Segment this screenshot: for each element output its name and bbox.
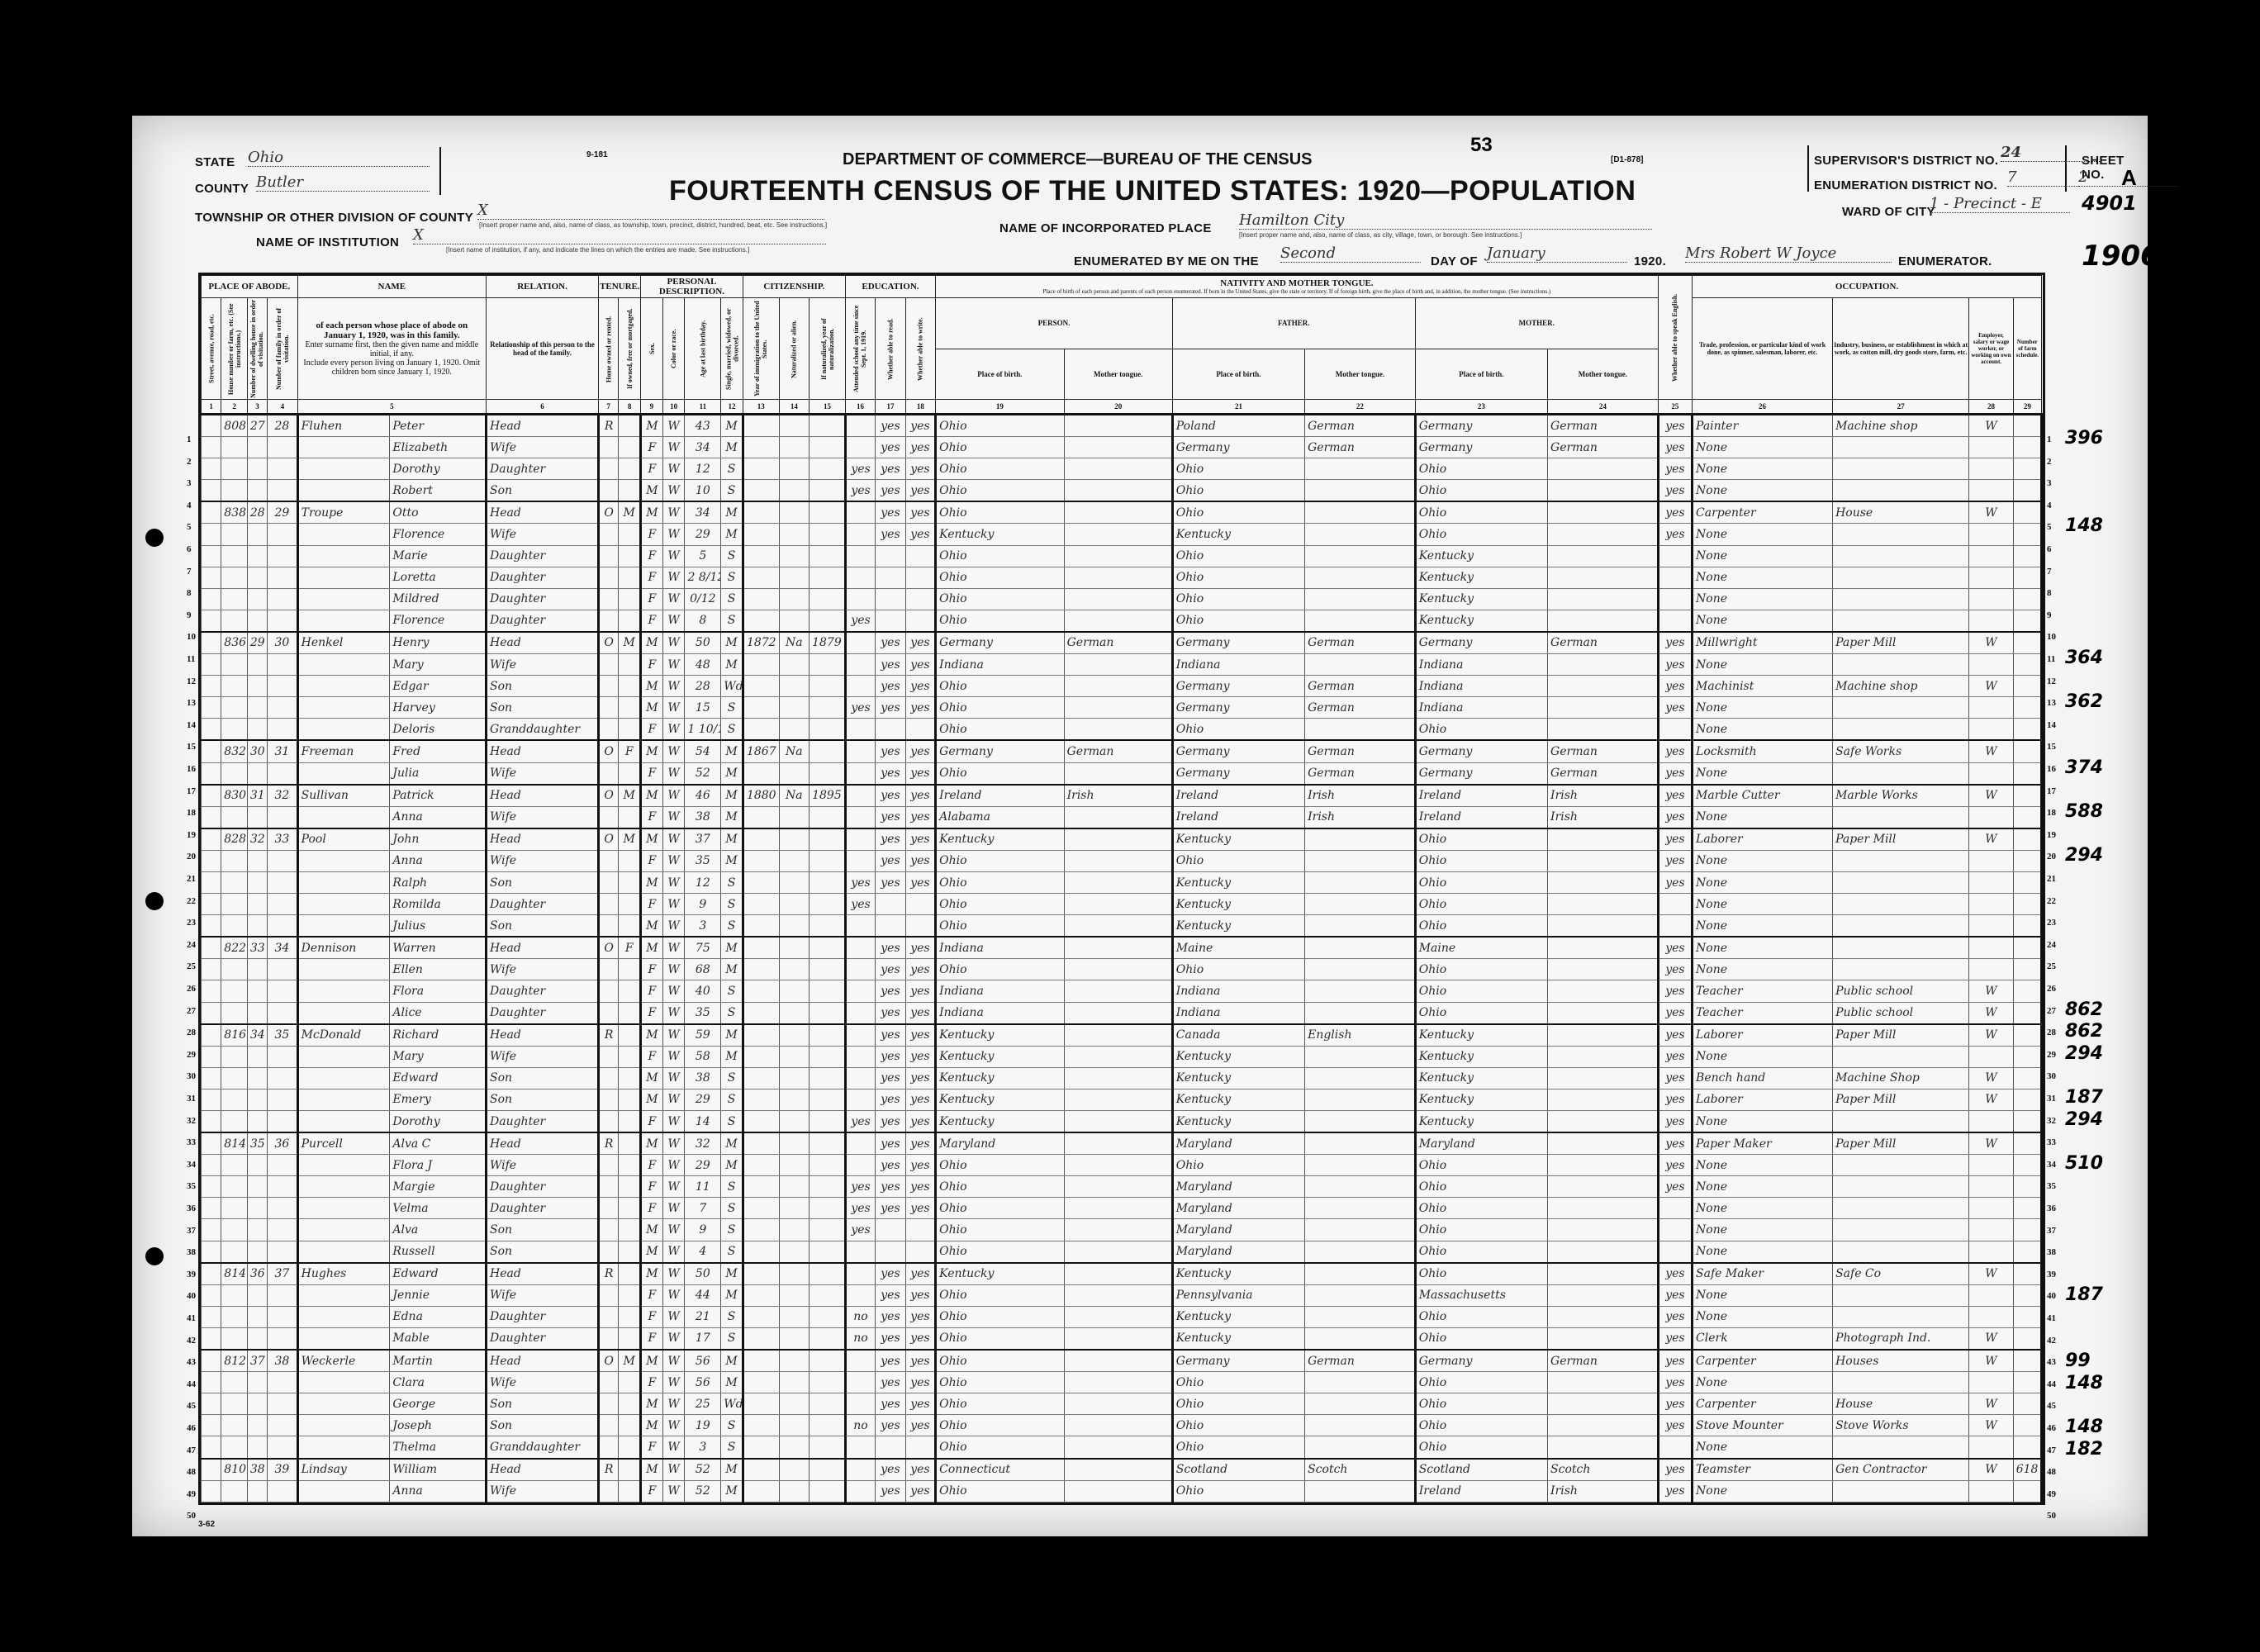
cell-relation: Wife xyxy=(487,654,599,676)
cell-relation: Head xyxy=(487,1132,599,1155)
line-number: 37 xyxy=(2047,1226,2056,1236)
cell-read: yes xyxy=(876,850,905,871)
cell-surname xyxy=(297,1415,390,1436)
cell-relation: Daughter xyxy=(487,894,599,915)
cell-owned xyxy=(599,1219,619,1241)
cell-family xyxy=(268,437,297,458)
cell-surname xyxy=(297,1306,390,1327)
cell-read: yes xyxy=(876,1393,905,1415)
table-row: HarveySonMW15SyesyesyesOhioGermanyGerman… xyxy=(202,697,2042,719)
cell-sex: F xyxy=(641,1002,663,1024)
cell-write: yes xyxy=(905,480,935,502)
col-number-1: 1 xyxy=(202,400,221,415)
cell-street xyxy=(202,937,221,959)
line-number: 25 xyxy=(2047,961,2056,971)
cell-farm xyxy=(2013,871,2041,893)
table-row: EdnaDaughterFW21SnoyesyesOhioKentuckyOhi… xyxy=(202,1306,2042,1327)
cell-tongue xyxy=(1064,501,1172,524)
table-row: 8362930HenkelHenryHeadOMMW50M1872Na1879y… xyxy=(202,632,2042,654)
cell-m-pob: Ohio xyxy=(1415,871,1547,893)
cell-race: W xyxy=(662,567,685,588)
cell-race: W xyxy=(662,1436,685,1459)
line-number: 39 xyxy=(2047,1270,2056,1279)
cell-pob: Ohio xyxy=(936,1415,1064,1436)
cell-race: W xyxy=(662,480,685,502)
cell-immig xyxy=(743,437,779,458)
cell-sex: F xyxy=(641,567,663,588)
cell-given: Flora xyxy=(390,980,487,1002)
cell-farm xyxy=(2013,1393,2041,1415)
cell-natyr xyxy=(810,458,846,480)
cell-age: 43 xyxy=(685,415,721,437)
cell-dwelling xyxy=(247,806,267,828)
cell-emp: W xyxy=(1969,1002,2013,1024)
cell-street xyxy=(202,1002,221,1024)
cell-pob: Ohio xyxy=(936,1155,1064,1176)
cell-mortgage xyxy=(619,806,641,828)
cell-marital: S xyxy=(721,1176,743,1198)
cell-school xyxy=(845,1155,875,1176)
cell-surname xyxy=(297,1198,390,1219)
cell-given: Clara xyxy=(390,1372,487,1393)
cell-family: 36 xyxy=(268,1132,297,1155)
cell-marital: M xyxy=(721,654,743,676)
cell-read: yes xyxy=(876,1350,905,1372)
cell-school: yes xyxy=(845,1111,875,1133)
cell-school xyxy=(845,1436,875,1459)
county-value: Butler xyxy=(256,173,430,192)
cell-tongue xyxy=(1064,1198,1172,1219)
line-number-left: 14 xyxy=(187,720,196,730)
cell-read: yes xyxy=(876,1480,905,1502)
cell-marital: M xyxy=(721,1372,743,1393)
cell-sex: F xyxy=(641,894,663,915)
cell-age: 58 xyxy=(685,1046,721,1067)
cell-industry xyxy=(1833,806,1969,828)
cell-age: 35 xyxy=(685,1002,721,1024)
punch-hole xyxy=(145,1247,164,1265)
cell-street xyxy=(202,1132,221,1155)
cell-sex: F xyxy=(641,806,663,828)
cell-house xyxy=(221,959,248,980)
cell-write: yes xyxy=(905,1198,935,1219)
cell-m-pob: Ireland xyxy=(1415,806,1547,828)
cell-owned xyxy=(599,915,619,938)
cell-natyr xyxy=(810,1263,846,1285)
cell-house xyxy=(221,1176,248,1198)
cell-m-tongue xyxy=(1548,1284,1659,1306)
cell-f-pob: Germany xyxy=(1172,697,1304,719)
cell-street xyxy=(202,1436,221,1459)
cell-family: 38 xyxy=(268,1350,297,1372)
line-number: 12 xyxy=(2047,676,2056,686)
cell-sex: F xyxy=(641,719,663,741)
cell-read xyxy=(876,1436,905,1459)
line-number: 41 xyxy=(2047,1313,2056,1323)
enumerator-label: Enumerator. xyxy=(1898,254,1992,268)
cell-emp xyxy=(1969,545,2013,567)
name-desc-3: Include every person living on January 1… xyxy=(299,358,485,377)
cell-owned xyxy=(599,610,619,632)
cell-english xyxy=(1658,1241,1692,1263)
cell-f-tongue xyxy=(1305,894,1416,915)
incorporated-place-note: [Insert proper name and, also, name of c… xyxy=(1239,231,1522,239)
cell-immig xyxy=(743,415,779,437)
line-number: 38 xyxy=(2047,1247,2056,1257)
cell-pob: Ohio xyxy=(936,762,1064,785)
cell-english: yes xyxy=(1658,1067,1692,1089)
cell-family xyxy=(268,1176,297,1198)
cell-immig xyxy=(743,1415,779,1436)
cell-family xyxy=(268,1046,297,1067)
cell-m-tongue xyxy=(1548,1132,1659,1155)
cell-trade: Laborer xyxy=(1693,1089,1833,1110)
cell-emp xyxy=(1969,588,2013,610)
line-number: 5 xyxy=(2047,522,2052,532)
cell-emp xyxy=(1969,1436,2013,1459)
cell-f-pob: Kentucky xyxy=(1172,894,1304,915)
cell-m-pob: Kentucky xyxy=(1415,545,1547,567)
cell-relation: Head xyxy=(487,1350,599,1372)
cell-m-pob: Scotland xyxy=(1415,1459,1547,1481)
table-row: 8082728FluhenPeterHeadRMW43MyesyesOhioPo… xyxy=(202,415,2042,437)
line-number: 48 xyxy=(2047,1467,2056,1477)
cell-school xyxy=(845,545,875,567)
cell-industry: Marble Works xyxy=(1833,785,1969,807)
cell-relation: Wife xyxy=(487,1480,599,1502)
line-number: 40 xyxy=(2047,1291,2056,1301)
cell-tongue xyxy=(1064,719,1172,741)
cell-f-tongue xyxy=(1305,850,1416,871)
cell-f-pob: Maryland xyxy=(1172,1176,1304,1198)
cell-owned xyxy=(599,1067,619,1089)
line-number: 10 xyxy=(2047,632,2056,642)
line-number-left: 17 xyxy=(187,786,196,796)
line-number-left: 1 xyxy=(187,434,192,444)
cell-house xyxy=(221,1372,248,1393)
cell-marital: S xyxy=(721,1415,743,1436)
cell-read: yes xyxy=(876,1459,905,1481)
enumerator-name: Mrs Robert W Joyce xyxy=(1685,244,1892,263)
cell-tongue xyxy=(1064,1024,1172,1047)
table-row: JuliusSonMW3SOhioKentuckyOhioNone xyxy=(202,915,2042,938)
cell-natyr xyxy=(810,871,846,893)
cell-farm xyxy=(2013,1327,2041,1350)
cell-farm xyxy=(2013,762,2041,785)
line-number: 31 xyxy=(2047,1094,2056,1104)
cell-m-tongue xyxy=(1548,1002,1659,1024)
cell-farm xyxy=(2013,1089,2041,1110)
cell-natyr xyxy=(810,501,846,524)
cell-industry xyxy=(1833,545,1969,567)
col-26-header: Trade, profession, or particular kind of… xyxy=(1693,298,1833,400)
cell-owned xyxy=(599,458,619,480)
cell-house: 816 xyxy=(221,1024,248,1047)
cell-street xyxy=(202,785,221,807)
cell-english xyxy=(1658,567,1692,588)
cell-sex: M xyxy=(641,697,663,719)
cell-natyr xyxy=(810,806,846,828)
cell-family xyxy=(268,1284,297,1306)
cell-industry xyxy=(1833,1111,1969,1133)
cell-emp: W xyxy=(1969,1089,2013,1110)
cell-relation: Wife xyxy=(487,1046,599,1067)
occupation-code-note: 396 xyxy=(2065,428,2103,449)
line-number-left: 50 xyxy=(187,1511,196,1521)
cell-relation: Head xyxy=(487,1024,599,1047)
table-row: MarieDaughterFW5SOhioOhioKentuckyNone xyxy=(202,545,2042,567)
cell-sex: F xyxy=(641,850,663,871)
cell-immig xyxy=(743,959,779,980)
cell-race: W xyxy=(662,697,685,719)
cell-school: no xyxy=(845,1327,875,1350)
cell-natyr xyxy=(810,676,846,697)
cell-f-tongue: Irish xyxy=(1305,785,1416,807)
cell-dwelling xyxy=(247,480,267,502)
occupation-code-note: 187 xyxy=(2065,1284,2103,1305)
col-22-header: Mother tongue. xyxy=(1305,349,1416,400)
cell-sex: F xyxy=(641,1284,663,1306)
cell-trade: Clerk xyxy=(1693,1327,1833,1350)
cell-industry: Houses xyxy=(1833,1350,1969,1372)
cell-m-tongue xyxy=(1548,937,1659,959)
department-title: DEPARTMENT OF COMMERCE—BUREAU OF THE CEN… xyxy=(843,150,1313,169)
cell-dwelling xyxy=(247,1241,267,1263)
line-number: 46 xyxy=(2047,1423,2056,1433)
cell-surname xyxy=(297,850,390,871)
cell-tongue xyxy=(1064,1002,1172,1024)
cell-read xyxy=(876,567,905,588)
cell-school: yes xyxy=(845,871,875,893)
cell-age: 52 xyxy=(685,1480,721,1502)
cell-sex: F xyxy=(641,458,663,480)
cell-race: W xyxy=(662,1002,685,1024)
cell-mortgage xyxy=(619,1067,641,1089)
cell-write xyxy=(905,1436,935,1459)
cell-relation: Granddaughter xyxy=(487,719,599,741)
line-number: 36 xyxy=(2047,1203,2056,1213)
cell-relation: Wife xyxy=(487,524,599,545)
cell-f-tongue xyxy=(1305,1436,1416,1459)
cell-f-tongue xyxy=(1305,588,1416,610)
cell-school xyxy=(845,632,875,654)
cell-farm xyxy=(2013,588,2041,610)
cell-dwelling: 34 xyxy=(247,1024,267,1047)
cell-school xyxy=(845,762,875,785)
cell-family xyxy=(268,959,297,980)
cell-industry: Public school xyxy=(1833,980,1969,1002)
cell-race: W xyxy=(662,1327,685,1350)
cell-immig xyxy=(743,1459,779,1481)
cell-m-tongue xyxy=(1548,697,1659,719)
cell-trade: Millwright xyxy=(1693,632,1833,654)
cell-m-pob: Kentucky xyxy=(1415,1089,1547,1110)
cell-f-pob: Ohio xyxy=(1172,959,1304,980)
cell-tongue xyxy=(1064,894,1172,915)
cell-write: yes xyxy=(905,501,935,524)
cell-english: yes xyxy=(1658,1415,1692,1436)
cell-english: yes xyxy=(1658,632,1692,654)
cell-emp: W xyxy=(1969,1459,2013,1481)
cell-natyr xyxy=(810,980,846,1002)
cell-immig xyxy=(743,524,779,545)
cell-f-pob: Ohio xyxy=(1172,458,1304,480)
cell-emp: W xyxy=(1969,1067,2013,1089)
cell-natyr xyxy=(810,1372,846,1393)
cell-family xyxy=(268,1089,297,1110)
cell-surname: Henkel xyxy=(297,632,390,654)
cell-english: yes xyxy=(1658,850,1692,871)
cell-natyr xyxy=(810,915,846,938)
cell-industry: Safe Works xyxy=(1833,740,1969,762)
cell-race: W xyxy=(662,1263,685,1285)
line-number: 26 xyxy=(2047,984,2056,994)
cell-marital: S xyxy=(721,1327,743,1350)
cell-race: W xyxy=(662,1198,685,1219)
line-number-left: 9 xyxy=(187,610,192,620)
cell-race: W xyxy=(662,1111,685,1133)
cell-write xyxy=(905,588,935,610)
cell-write: yes xyxy=(905,1132,935,1155)
cell-emp xyxy=(1969,762,2013,785)
cell-street xyxy=(202,632,221,654)
cell-family xyxy=(268,1219,297,1241)
cell-read: yes xyxy=(876,501,905,524)
cell-sex: M xyxy=(641,740,663,762)
census-rows: 8082728FluhenPeterHeadRMW43MyesyesOhioPo… xyxy=(202,415,2042,1502)
cell-natyr xyxy=(810,1459,846,1481)
cell-farm xyxy=(2013,1155,2041,1176)
cell-surname xyxy=(297,676,390,697)
cell-nat xyxy=(779,1241,809,1263)
cell-m-pob: Ireland xyxy=(1415,1480,1547,1502)
cell-farm xyxy=(2013,937,2041,959)
cell-industry xyxy=(1833,762,1969,785)
cell-write: yes xyxy=(905,676,935,697)
cell-trade: None xyxy=(1693,1436,1833,1459)
cell-given: Robert xyxy=(390,480,487,502)
cell-industry: Public school xyxy=(1833,1002,1969,1024)
cell-read xyxy=(876,915,905,938)
cell-sex: F xyxy=(641,1306,663,1327)
cell-age: 21 xyxy=(685,1306,721,1327)
cell-farm xyxy=(2013,567,2041,588)
cell-f-pob: Ohio xyxy=(1172,588,1304,610)
cell-nat xyxy=(779,1132,809,1155)
cell-write: yes xyxy=(905,1067,935,1089)
cell-surname xyxy=(297,762,390,785)
cell-immig xyxy=(743,719,779,741)
col-number-2: 2 xyxy=(221,400,248,415)
cell-relation: Head xyxy=(487,1263,599,1285)
cell-mortgage xyxy=(619,654,641,676)
col-6-header: Relationship of this person to the head … xyxy=(487,298,599,400)
cell-nat xyxy=(779,1393,809,1415)
cell-race: W xyxy=(662,937,685,959)
cell-m-tongue xyxy=(1548,980,1659,1002)
column-number-row: 1234567891011121314151617181920212223242… xyxy=(202,400,2042,415)
cell-street xyxy=(202,1415,221,1436)
cell-street xyxy=(202,850,221,871)
cell-family xyxy=(268,1002,297,1024)
cell-nat xyxy=(779,871,809,893)
cell-school xyxy=(845,1263,875,1285)
cell-race: W xyxy=(662,524,685,545)
line-number-left: 24 xyxy=(187,940,196,950)
cell-given: Peter xyxy=(390,415,487,437)
cell-dwelling xyxy=(247,1155,267,1176)
cell-english: yes xyxy=(1658,1089,1692,1110)
cell-street xyxy=(202,980,221,1002)
cell-immig xyxy=(743,654,779,676)
cell-school xyxy=(845,567,875,588)
cell-relation: Daughter xyxy=(487,545,599,567)
cell-owned xyxy=(599,871,619,893)
cell-read: yes xyxy=(876,1327,905,1350)
cell-write: yes xyxy=(905,1306,935,1327)
cell-sex: F xyxy=(641,437,663,458)
table-row: EmerySonMW29SyesyesKentuckyKentuckyKentu… xyxy=(202,1089,2042,1110)
cell-f-pob: Ohio xyxy=(1172,545,1304,567)
cell-mortgage xyxy=(619,850,641,871)
line-number: 23 xyxy=(2047,918,2056,928)
cell-relation: Son xyxy=(487,1067,599,1089)
cell-school xyxy=(845,828,875,851)
cell-immig xyxy=(743,1198,779,1219)
cell-school xyxy=(845,740,875,762)
cell-given: Martin xyxy=(390,1350,487,1372)
cell-marital: S xyxy=(721,1436,743,1459)
cell-mortgage xyxy=(619,697,641,719)
cell-nat xyxy=(779,719,809,741)
cell-trade: None xyxy=(1693,1176,1833,1198)
cell-age: 8 xyxy=(685,610,721,632)
cell-m-tongue xyxy=(1548,1176,1659,1198)
cell-f-pob: Germany xyxy=(1172,762,1304,785)
table-row: ElizabethWifeFW34MyesyesOhioGermanyGerma… xyxy=(202,437,2042,458)
cell-industry xyxy=(1833,697,1969,719)
line-number-left: 39 xyxy=(187,1270,196,1279)
cell-pob: Ohio xyxy=(936,1436,1064,1459)
line-number: 16 xyxy=(2047,764,2056,774)
cell-m-tongue xyxy=(1548,524,1659,545)
cell-f-tongue: German xyxy=(1305,676,1416,697)
cell-f-tongue xyxy=(1305,915,1416,938)
line-number: 33 xyxy=(2047,1137,2056,1147)
table-row: MargieDaughterFW11SyesyesyesOhioMaryland… xyxy=(202,1176,2042,1198)
cell-dwelling xyxy=(247,959,267,980)
cell-race: W xyxy=(662,632,685,654)
cell-age: 35 xyxy=(685,850,721,871)
cell-sex: F xyxy=(641,959,663,980)
col-number-22: 22 xyxy=(1305,400,1416,415)
cell-read xyxy=(876,1219,905,1241)
cell-f-tongue xyxy=(1305,1415,1416,1436)
cell-farm xyxy=(2013,437,2041,458)
cell-house xyxy=(221,1393,248,1415)
cell-house: 808 xyxy=(221,415,248,437)
cell-house: 836 xyxy=(221,632,248,654)
ward-value: 1 - Precinct - E xyxy=(1930,195,2070,213)
occupation-code-note: 148 xyxy=(2065,515,2103,536)
cell-surname xyxy=(297,719,390,741)
col-number-5: 5 xyxy=(297,400,486,415)
cell-house xyxy=(221,1327,248,1350)
cell-house xyxy=(221,1436,248,1459)
cell-nat xyxy=(779,1480,809,1502)
cell-mortgage: M xyxy=(619,632,641,654)
cell-write: yes xyxy=(905,1284,935,1306)
